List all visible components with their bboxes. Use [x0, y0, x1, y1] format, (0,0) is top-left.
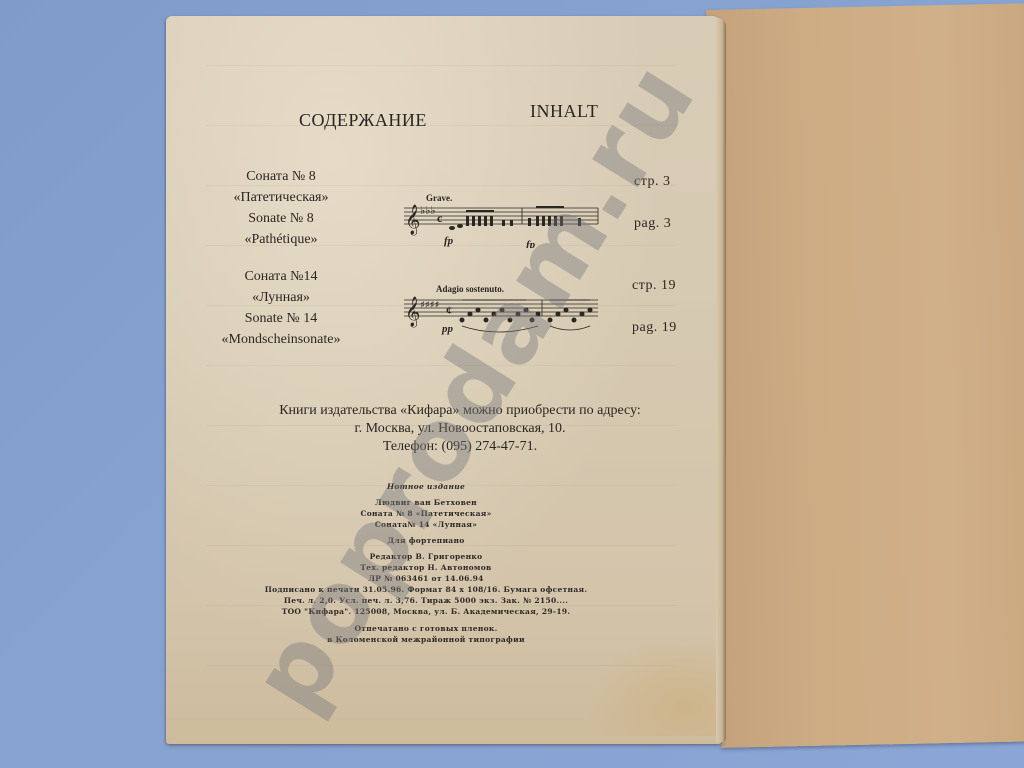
entry-1-subtitle-ru: «Патетическая»: [186, 187, 376, 208]
entry-1-subtitle-de: «Pathétique»: [186, 229, 376, 250]
svg-text:♭♭♭: ♭♭♭: [420, 204, 436, 217]
entry-2-page-de: pag. 19: [632, 320, 677, 336]
svg-text:𝄞: 𝄞: [405, 296, 420, 328]
back-cover: [706, 3, 1024, 748]
svg-text:c: c: [437, 211, 443, 225]
svg-text:fp: fp: [444, 235, 454, 247]
entry-2-titles: Соната №14 «Лунная» Sonate № 14 «Mondsch…: [186, 266, 376, 350]
entry-2-subtitle-ru: «Лунная»: [186, 287, 376, 308]
entry-2-title-ru: Соната №14: [186, 266, 376, 287]
entry-1-title-ru: Соната № 8: [186, 166, 376, 187]
entry-1-title-de: Sonate № 8: [186, 208, 376, 229]
water-stain: [586, 636, 726, 736]
entry-2-title-de: Sonate № 14: [186, 308, 376, 329]
svg-text:♯♯♯♯: ♯♯♯♯: [420, 300, 439, 311]
entry-2-page-ru: стр. 19: [632, 278, 676, 294]
contents-heading-ru: СОДЕРЖАНИЕ: [299, 110, 427, 131]
page-edge: [716, 18, 726, 742]
entry-1-titles: Соната № 8 «Патетическая» Sonate № 8 «Pa…: [186, 166, 376, 250]
svg-text:𝄞: 𝄞: [405, 204, 420, 236]
entry-2-subtitle-de: «Mondscheinsonate»: [186, 329, 376, 350]
